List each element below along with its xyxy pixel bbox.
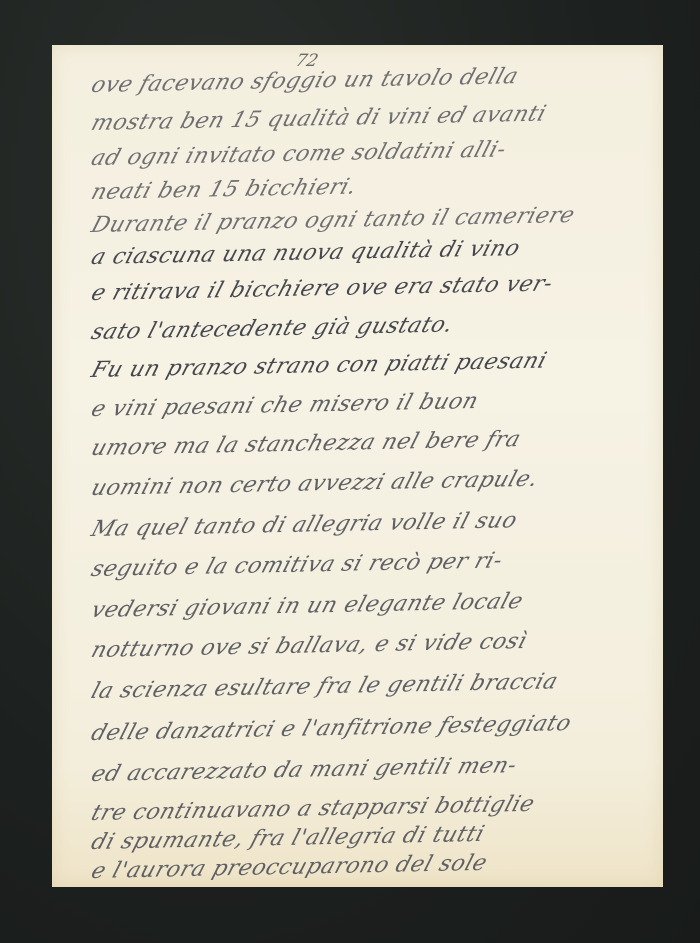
text-line: ed accarezzato da mani gentili men- xyxy=(88,753,520,787)
manuscript-page: 72 ove facevano sfoggio un tavolo della … xyxy=(52,45,663,887)
text-line: uomini non certo avvezzi alle crapule. xyxy=(88,467,541,501)
handwritten-text: ove facevano sfoggio un tavolo della mos… xyxy=(52,45,663,887)
text-line: e vini paesani che misero il buon xyxy=(88,389,481,422)
text-line: mostra ben 15 qualità di vini ed avanti xyxy=(88,102,549,136)
text-line: delle danzatrici e l'anfitrione festeggi… xyxy=(88,711,574,746)
text-line: la scienza esultare fra le gentili bracc… xyxy=(88,669,561,704)
text-line: neati ben 15 bicchieri. xyxy=(88,175,360,205)
text-line: di spumante, fra l'allegria di tutti xyxy=(88,822,487,855)
text-line: vedersi giovani in un elegante locale xyxy=(88,589,526,623)
text-line: Fu un pranzo strano con piatti paesani xyxy=(88,349,550,383)
text-line: Durante il pranzo ogni tanto il camerier… xyxy=(88,203,578,238)
text-line: e l'aurora preoccuparono del sole xyxy=(88,851,490,884)
text-line: seguito e la comitiva si recò per ri- xyxy=(88,548,506,582)
text-line: e ritirava il bicchiere ove era stato ve… xyxy=(88,271,556,306)
text-line: Ma quel tanto di allegria volle il suo xyxy=(88,508,520,542)
text-line: ove facevano sfoggio un tavolo della xyxy=(88,64,521,98)
text-line: ad ogni invitato come soldatini alli- xyxy=(88,137,509,171)
text-line: notturno ove si ballava, e si vide così xyxy=(88,629,530,663)
text-line: a ciascuna una nuova qualità di vino xyxy=(88,236,523,270)
text-line: sato l'antecedente già gustato. xyxy=(88,313,456,345)
text-line: tre continuavano a stapparsi bottiglie xyxy=(88,792,538,826)
text-line: umore ma la stanchezza nel bere fra xyxy=(88,427,524,461)
